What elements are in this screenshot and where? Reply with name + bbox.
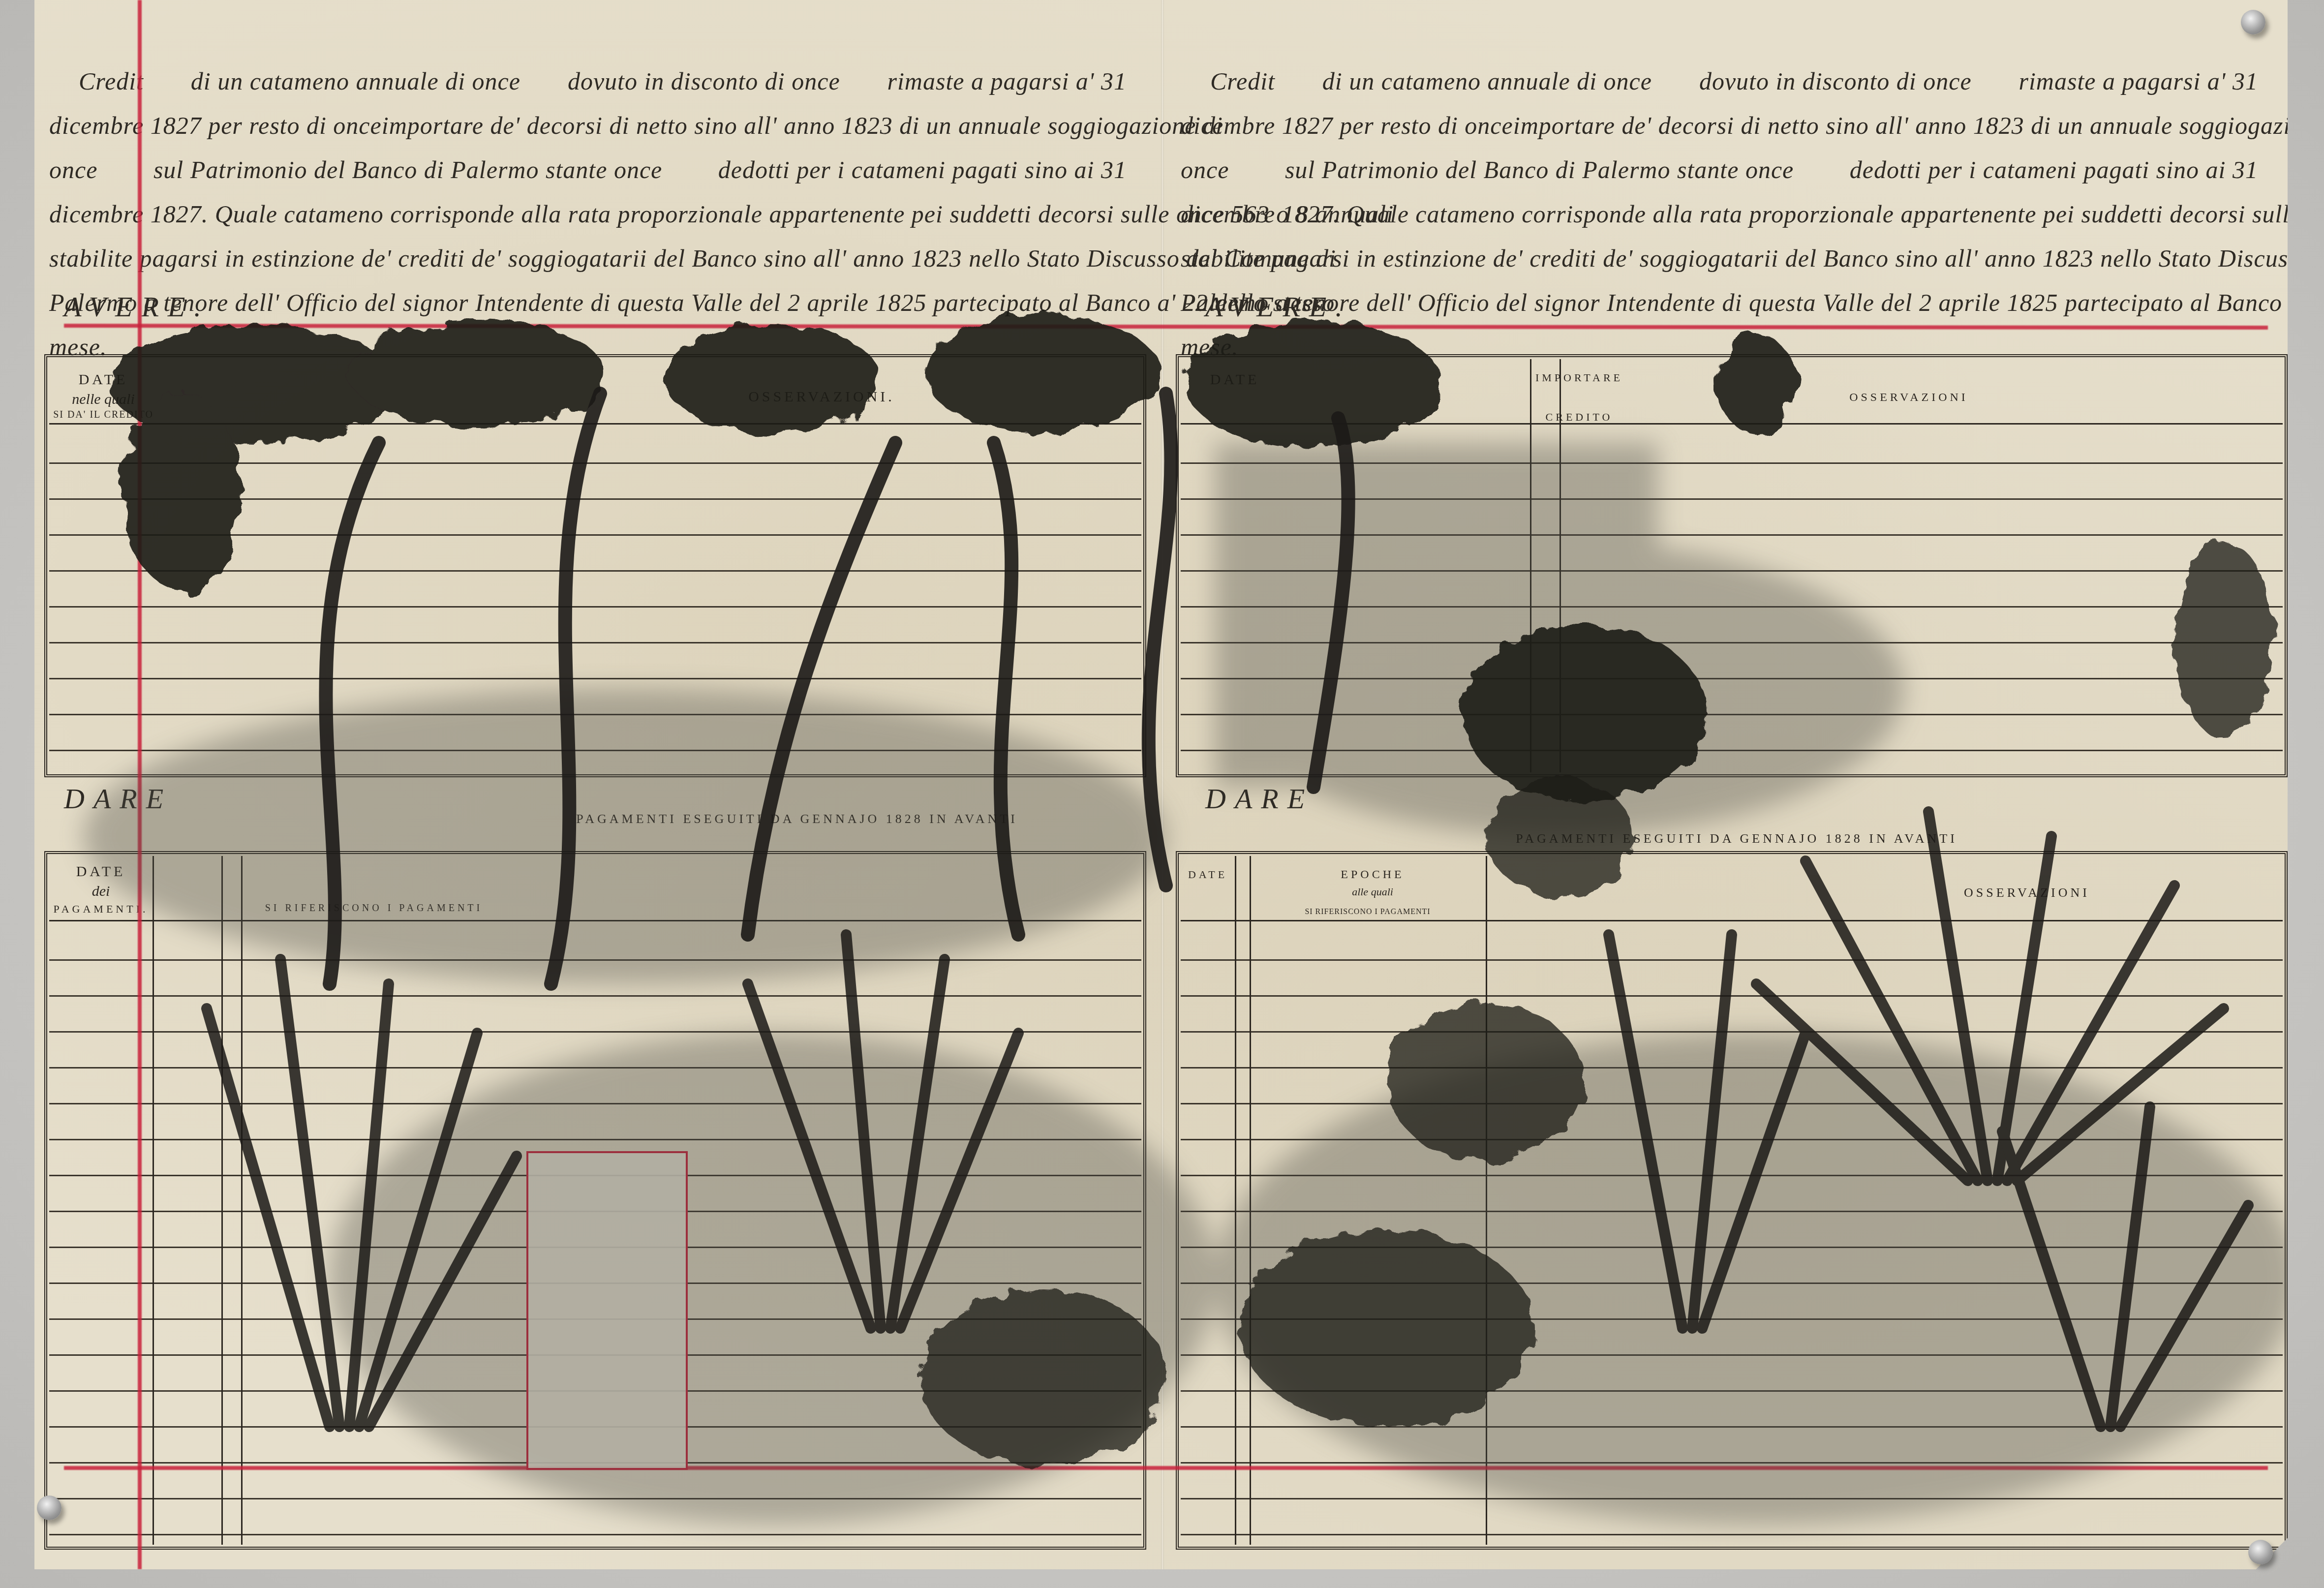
- text-line: dicembre 1827. Quale catameno corrispond…: [1181, 192, 2258, 236]
- text-fragment: dicembre 1827 per resto di once: [1181, 103, 1513, 148]
- text-fragment: Palermo a tenore dell' Officio del signo…: [49, 280, 1335, 325]
- text-fragment: once: [49, 148, 97, 192]
- text-fragment: importare de' decorsi di netto sino all'…: [382, 103, 1223, 148]
- ledger-sheet: Credit di un catameno annuale di once do…: [34, 0, 2288, 1569]
- text-fragment: Palermo a tenore dell' Officio del signo…: [1181, 280, 2324, 325]
- left-paragraph: Credit di un catameno annuale di once do…: [49, 59, 1127, 369]
- text-fragment: rimaste a pagarsi a' 31: [887, 59, 1127, 103]
- text-fragment: dedotti per i catameni pagati sino ai 31: [718, 148, 1127, 192]
- ledger-lines: [49, 428, 1141, 772]
- date-header: DATE: [54, 863, 148, 880]
- table-column-rule: [1235, 856, 1236, 1545]
- osservazioni-header-left: OSSERVAZIONI.: [723, 389, 920, 405]
- text-fragment: Credit: [79, 59, 144, 103]
- ledger-lines: [1181, 925, 2283, 1545]
- avere-heading-right: AVERE.: [1205, 290, 1351, 323]
- red-outlined-white-box: [526, 1151, 688, 1470]
- pushpin-top-right: [2241, 10, 2265, 34]
- text-line: Credit di un catameno annuale di once do…: [49, 59, 1127, 103]
- text-fragment: Credit: [1210, 59, 1275, 103]
- text-fragment: stabilite pagarsi in estinzione de' cred…: [1181, 236, 2324, 280]
- date-header: DATE: [1186, 371, 1284, 388]
- table-rule: [1181, 920, 2283, 921]
- table-column-rule: [221, 856, 223, 1545]
- text-line: once sul Patrimonio del Banco di Palermo…: [49, 148, 1127, 192]
- text-fragment: once: [1181, 148, 1229, 192]
- dare-banner-left: PAGAMENTI ESEGUITI DA GENNAJO 1828 IN AV…: [576, 812, 1018, 826]
- alle-quali-subheader: alle quali: [1274, 886, 1471, 898]
- table-rule: [1181, 423, 2283, 425]
- avere-heading-left: AVERE.: [64, 290, 210, 323]
- osservazioni-header-right: OSSERVAZIONI: [1786, 391, 2032, 404]
- text-fragment: di un catameno annuale di once: [1322, 59, 1652, 103]
- table-column-rule: [1560, 359, 1561, 772]
- text-line: Palermo a tenore dell' Officio del signo…: [49, 280, 1127, 325]
- pagamenti-header: PAGAMENTI.: [49, 903, 153, 916]
- text-fragment: sul Patrimonio del Banco di Palermo stan…: [153, 148, 662, 192]
- text-fragment: dovuto in disconto di once: [568, 59, 840, 103]
- text-line: once sul Patrimonio del Banco di Palermo…: [1181, 148, 2258, 192]
- table-column-rule: [1250, 856, 1251, 1545]
- text-line: stabilite pagarsi in estinzione de' cred…: [1181, 236, 2258, 280]
- dare-heading-right: DARE: [1205, 782, 1314, 815]
- text-fragment: stabilite pagarsi in estinzione de' cred…: [49, 236, 1336, 280]
- dei-subheader: dei: [54, 883, 148, 900]
- dare-banner-right: PAGAMENTI ESEGUITI DA GENNAJO 1828 IN AV…: [1491, 831, 1983, 846]
- text-fragment: dicembre 1827 per resto di once: [49, 103, 382, 148]
- credito-header: CREDITO: [1530, 411, 1628, 424]
- red-horizontal-line-bottom: [64, 1466, 2268, 1470]
- table-rule: [49, 920, 1141, 921]
- pushpin-bottom-right: [2248, 1540, 2273, 1564]
- importare-header: IMPORTARE: [1530, 371, 1628, 384]
- text-line: Credit di un catameno annuale di once do…: [1181, 59, 2258, 103]
- table-column-rule: [241, 856, 243, 1545]
- text-fragment: importare de' decorsi di netto sino all'…: [1513, 103, 2324, 148]
- text-fragment: dicembre 1827. Quale catameno corrispond…: [1181, 192, 2324, 236]
- table-column-rule: [1530, 359, 1531, 772]
- text-fragment: sul Patrimonio del Banco di Palermo stan…: [1285, 148, 1794, 192]
- pushpin-bottom-left: [37, 1496, 61, 1520]
- text-fragment: dedotti per i catameni pagati sino ai 31: [1850, 148, 2258, 192]
- red-vertical-line: [138, 0, 142, 1569]
- epoche-header: EPOCHE: [1274, 868, 1471, 882]
- text-fragment: rimaste a pagarsi a' 31: [2018, 59, 2258, 103]
- riferiscono-header: SI RIFERISCONO I PAGAMENTI: [1254, 908, 1481, 916]
- text-line: dicembre 1827 per resto di once importar…: [1181, 103, 2258, 148]
- table-column-rule: [153, 856, 154, 1545]
- text-fragment: di un catameno annuale di once: [191, 59, 520, 103]
- text-line: dicembre 1827 per resto di once importar…: [49, 103, 1127, 148]
- ledger-lines: [1181, 428, 2283, 772]
- table-rule: [49, 423, 1141, 425]
- dare-heading-left: DARE: [64, 782, 172, 815]
- left-page: Credit di un catameno annuale di once do…: [49, 59, 1127, 369]
- table-column-rule: [1486, 856, 1487, 1545]
- text-line: dicembre 1827. Quale catameno corrispond…: [49, 192, 1127, 236]
- text-line: stabilite pagarsi in estinzione de' cred…: [49, 236, 1127, 280]
- osservazioni-header-dare: OSSERVAZIONI: [1904, 886, 2150, 900]
- date-header: DATE: [1181, 868, 1235, 881]
- text-fragment: dovuto in disconto di once: [1699, 59, 1972, 103]
- riferiscono-header: SI RIFERISCONO I PAGAMENTI: [251, 903, 497, 914]
